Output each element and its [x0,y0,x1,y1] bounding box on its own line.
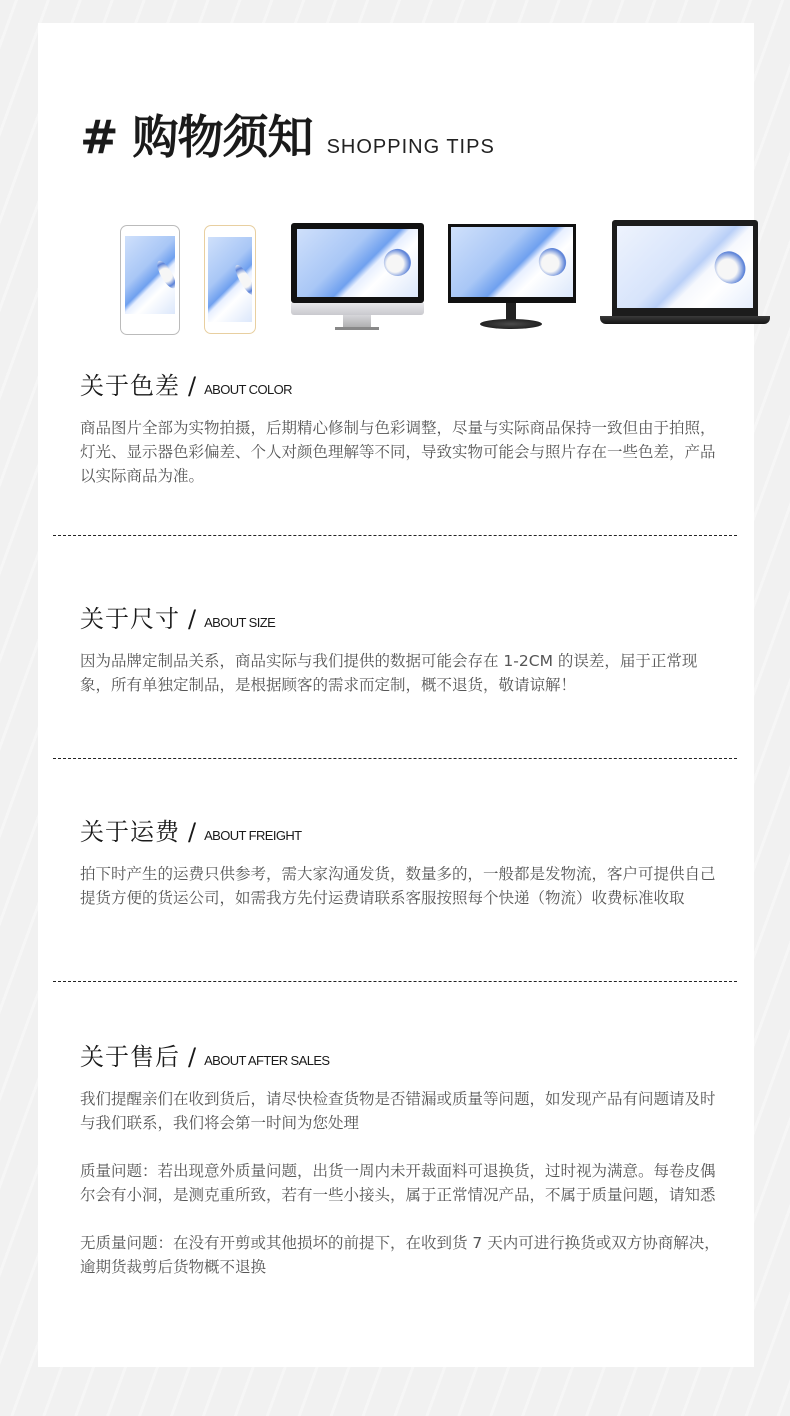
dashed-divider [53,535,737,536]
phone-screen [208,237,252,322]
imac-screen [297,229,418,297]
section-body: 我们提醒亲们在收到货后，请尽快检查货物是否错漏或质量等问题，如发现产品有问题请及… [80,1087,720,1279]
section-title-en: ABOUT SIZE [204,615,275,630]
monitor-screen [451,227,573,297]
section-heading: 关于尺寸 / ABOUT SIZE [80,599,720,634]
laptop-base [600,316,770,324]
section-title-cn: 关于售后 [80,1037,180,1072]
section-slash: / [188,818,196,846]
section-paragraph: 商品图片全部为实物拍摄，后期精心修制与色彩调整，尽量与实际商品保持一致但由于拍照… [80,416,720,488]
monitor-base [480,319,542,329]
section-body: 因为品牌定制品关系，商品实际与我们提供的数据可能会存在 1-2CM 的误差，届于… [80,649,720,697]
section-about-after-sales: 关于售后 / ABOUT AFTER SALES 我们提醒亲们在收到货后，请尽快… [80,1037,720,1303]
section-slash: / [188,1043,196,1071]
smartphone-gold-image [204,225,256,334]
smartphone-white-image [120,225,180,335]
section-paragraph-no-quality-issue: 无质量问题：在没有开剪或其他损坏的前提下，在收到货 7 天内可进行换货或双方协商… [80,1231,720,1279]
page-header: # 购物须知 SHOPPING TIPS [80,101,495,167]
section-title-cn: 关于运费 [80,812,180,847]
imac-foot [335,327,379,330]
laptop-image [600,220,770,328]
dashed-divider [53,758,737,759]
imac-image [291,223,424,315]
section-paragraph: 因为品牌定制品关系，商品实际与我们提供的数据可能会存在 1-2CM 的误差，届于… [80,649,720,697]
section-title-cn: 关于色差 [80,366,180,401]
dashed-divider [53,981,737,982]
section-slash: / [188,605,196,633]
section-title-en: ABOUT FREIGHT [204,828,301,843]
imac-chin [291,303,424,315]
section-body: 拍下时产生的运费只供参考，需大家沟通发货，数量多的，一般都是发物流，客户可提供自… [80,862,720,910]
section-about-freight: 关于运费 / ABOUT FREIGHT 拍下时产生的运费只供参考，需大家沟通发… [80,812,720,934]
section-heading: 关于色差 / ABOUT COLOR [80,366,720,401]
section-about-size: 关于尺寸 / ABOUT SIZE 因为品牌定制品关系，商品实际与我们提供的数据… [80,599,720,721]
laptop-screen [617,226,753,308]
section-paragraph: 拍下时产生的运费只供参考，需大家沟通发货，数量多的，一般都是发物流，客户可提供自… [80,862,720,910]
section-paragraph: 我们提醒亲们在收到货后，请尽快检查货物是否错漏或质量等问题，如发现产品有问题请及… [80,1087,720,1135]
section-paragraph-quality-issue: 质量问题：若出现意外质量问题，出货一周内未开裁面料可退换货，过时视为满意。每卷皮… [80,1159,720,1207]
section-slash: / [188,372,196,400]
section-about-color: 关于色差 / ABOUT COLOR 商品图片全部为实物拍摄，后期精心修制与色彩… [80,366,720,512]
section-heading: 关于运费 / ABOUT FREIGHT [80,812,720,847]
section-title-en: ABOUT AFTER SALES [204,1053,329,1068]
shopping-tips-card: # 购物须知 SHOPPING TIPS [38,23,754,1367]
page-title: # 购物须知 [80,101,313,167]
phone-screen [125,236,175,314]
device-images [82,198,732,338]
monitor-image [448,224,576,332]
section-body: 商品图片全部为实物拍摄，后期精心修制与色彩调整，尽量与实际商品保持一致但由于拍照… [80,416,720,488]
page-subtitle: SHOPPING TIPS [327,136,495,159]
section-title-en: ABOUT COLOR [204,382,292,397]
section-title-cn: 关于尺寸 [80,599,180,634]
section-heading: 关于售后 / ABOUT AFTER SALES [80,1037,720,1072]
